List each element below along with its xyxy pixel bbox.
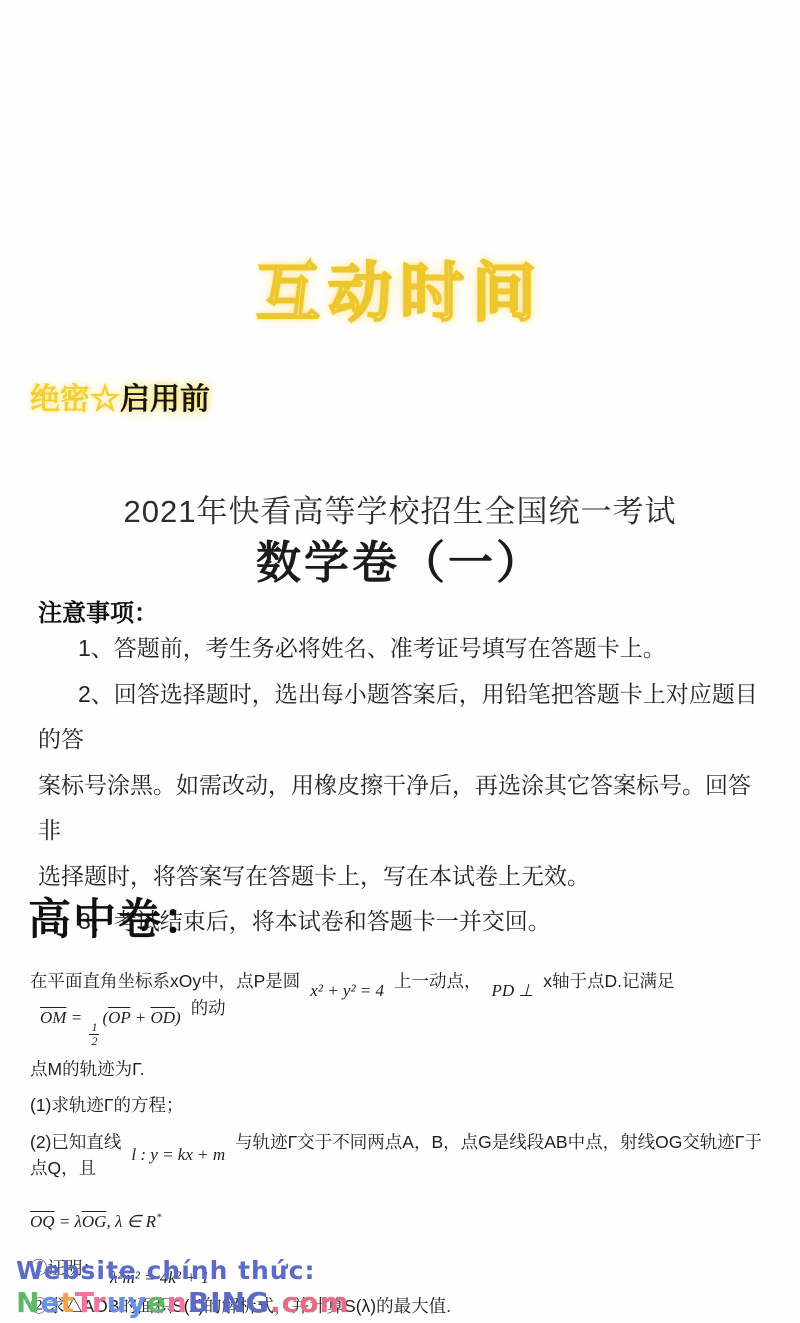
one-half-fraction: 12 <box>89 1021 99 1050</box>
circle-equation: x² + y² = 4 <box>310 978 384 1004</box>
page-title: 互动时间 <box>0 242 800 334</box>
vector-od: OD <box>150 1008 175 1027</box>
plus-sign: + <box>130 1008 150 1027</box>
problem-text-1: 在平面直角坐标系xOy中，点P是圆 <box>30 971 300 991</box>
r-star-superscript: * <box>156 1212 162 1224</box>
notice-line-1: 1、答题前，考生务必将姓名、准考证号填写在答题卡上。 <box>38 626 770 672</box>
vector-om: OM <box>40 1008 66 1027</box>
problem-question-1: (1)求轨迹Γ的方程； <box>30 1092 774 1118</box>
problem-text-2: 上一动点， <box>394 971 482 991</box>
vector-midpoint-equation: OM = 12(OP + OD) <box>40 1005 181 1050</box>
notice-line-2: 2、回答选择题时，选出每小题答案后，用铅笔把答题卡上对应题目的答 <box>38 672 770 763</box>
vector-op: OP <box>108 1008 130 1027</box>
exam-paper-page: 互动时间 绝密☆启用前 2021年快看高等学校招生全国统一考试 数学卷（一） 注… <box>0 0 800 1323</box>
website-official-label: Website chính thức: <box>16 1256 350 1285</box>
exam-title-line: 2021年快看高等学校招生全国统一考试 <box>0 486 800 531</box>
lambda-domain: , λ ∈ R <box>106 1212 156 1231</box>
equals-sign: = <box>66 1008 86 1027</box>
section-heading: 高中卷： <box>28 886 208 947</box>
classification-line: 绝密☆启用前 <box>30 374 210 418</box>
watermark: Website chính thức: NetTruyenBING.com <box>16 1256 350 1319</box>
exam-paper-title: 数学卷（一） <box>0 526 800 591</box>
oq-lambda-equation: OQ = λOG, λ ∈ R* <box>30 1209 774 1235</box>
pd-perpendicular-term: PD ⊥ <box>492 978 534 1004</box>
classification-before-use-label: 启用前 <box>120 383 210 416</box>
website-name: NetTruyenBING.com <box>16 1286 350 1319</box>
problem-line-1: 在平面直角坐标系xOy中，点P是圆x² + y² = 4上一动点，PD ⊥x轴于… <box>30 968 774 1040</box>
notice-line-2-cont: 案标号涂黑。如需改动，用橡皮擦干净后，再选涂其它答案标号。回答非 <box>38 763 770 854</box>
classification-secret-label: 绝密☆ <box>30 383 120 416</box>
close-paren: ) <box>175 1008 181 1027</box>
problem-text-3: x轴于点D.记满足 <box>543 971 674 991</box>
lambda-mid: = λ <box>55 1212 82 1231</box>
problem-text-4: 的动 <box>191 998 226 1018</box>
problem-question-2: (2)已知直线l : y = kx + m与轨迹Γ交于不同两点A，B，点G是线段… <box>30 1129 774 1182</box>
vector-oq: OQ <box>30 1212 55 1231</box>
question2-text-1: (2)已知直线 <box>30 1132 121 1152</box>
vector-og: OG <box>82 1212 107 1231</box>
problem-line-2: 点M的轨迹为Γ. <box>30 1056 774 1082</box>
notice-heading: 注意事项： <box>38 593 158 628</box>
line-equation: l : y = kx + m <box>131 1142 225 1168</box>
